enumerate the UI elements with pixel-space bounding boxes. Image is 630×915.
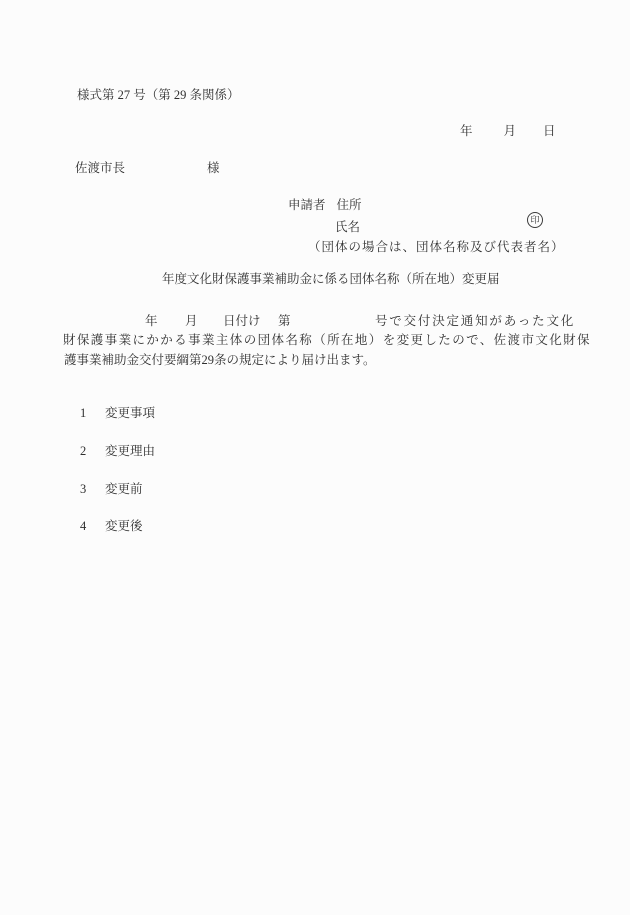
date-month-label: 月 (504, 124, 517, 138)
list-item-after-change: 4変更後 (80, 518, 143, 534)
item-label: 変更前 (105, 482, 143, 496)
date-day-label: 日 (543, 124, 556, 138)
applicant-name-label: 氏名 (335, 220, 360, 234)
addressee-name: 佐渡市長 (75, 161, 125, 175)
applicant-label: 申請者 (288, 198, 326, 212)
item-number: 2 (80, 443, 105, 459)
addressee-honorific: 様 (207, 161, 220, 175)
body-line-2: 財保護事業にかかる事業主体の団体名称（所在地）を変更したので、佐渡市文化財保 (63, 332, 591, 348)
applicant-row-address: 申請者住所 (288, 197, 362, 213)
document-page: 様式第 27 号（第 29 条関係） 年月日 佐渡市長様 申請者住所 氏名 印 … (0, 0, 630, 915)
body-year-label: 年 (145, 313, 158, 329)
date-line: 年月日 (460, 123, 556, 139)
date-year-label: 年 (460, 124, 473, 138)
applicant-address-label: 住所 (337, 198, 362, 212)
applicant-note: （団体の場合は、団体名称及び代表者名） (308, 239, 565, 255)
seal-character: 印 (530, 216, 539, 225)
body-line-1: 号で交付決定通知があった文化 (375, 313, 575, 329)
body-line-3: 護事業補助金交付要綱第29条の規定により届け出ます。 (64, 352, 376, 368)
body-month-label: 月 (185, 313, 198, 329)
item-label: 変更理由 (105, 444, 155, 458)
item-number: 3 (80, 481, 105, 497)
list-item-change-reason: 2変更理由 (80, 443, 155, 459)
body-number-prefix: 第 (278, 313, 291, 329)
document-title: 年度文化財保護事業補助金に係る団体名称（所在地）変更届 (162, 271, 500, 287)
applicant-row-name: 氏名 (335, 219, 360, 235)
item-number: 1 (80, 405, 105, 421)
form-number: 様式第 27 号（第 29 条関係） (77, 87, 240, 103)
item-label: 変更後 (105, 519, 143, 533)
addressee-line: 佐渡市長様 (75, 160, 220, 176)
list-item-change-matter: 1変更事項 (80, 405, 155, 421)
seal-icon: 印 (527, 212, 543, 228)
body-day-label: 日付け (223, 313, 261, 329)
list-item-before-change: 3変更前 (80, 481, 143, 497)
item-label: 変更事項 (105, 406, 155, 420)
item-number: 4 (80, 518, 105, 534)
